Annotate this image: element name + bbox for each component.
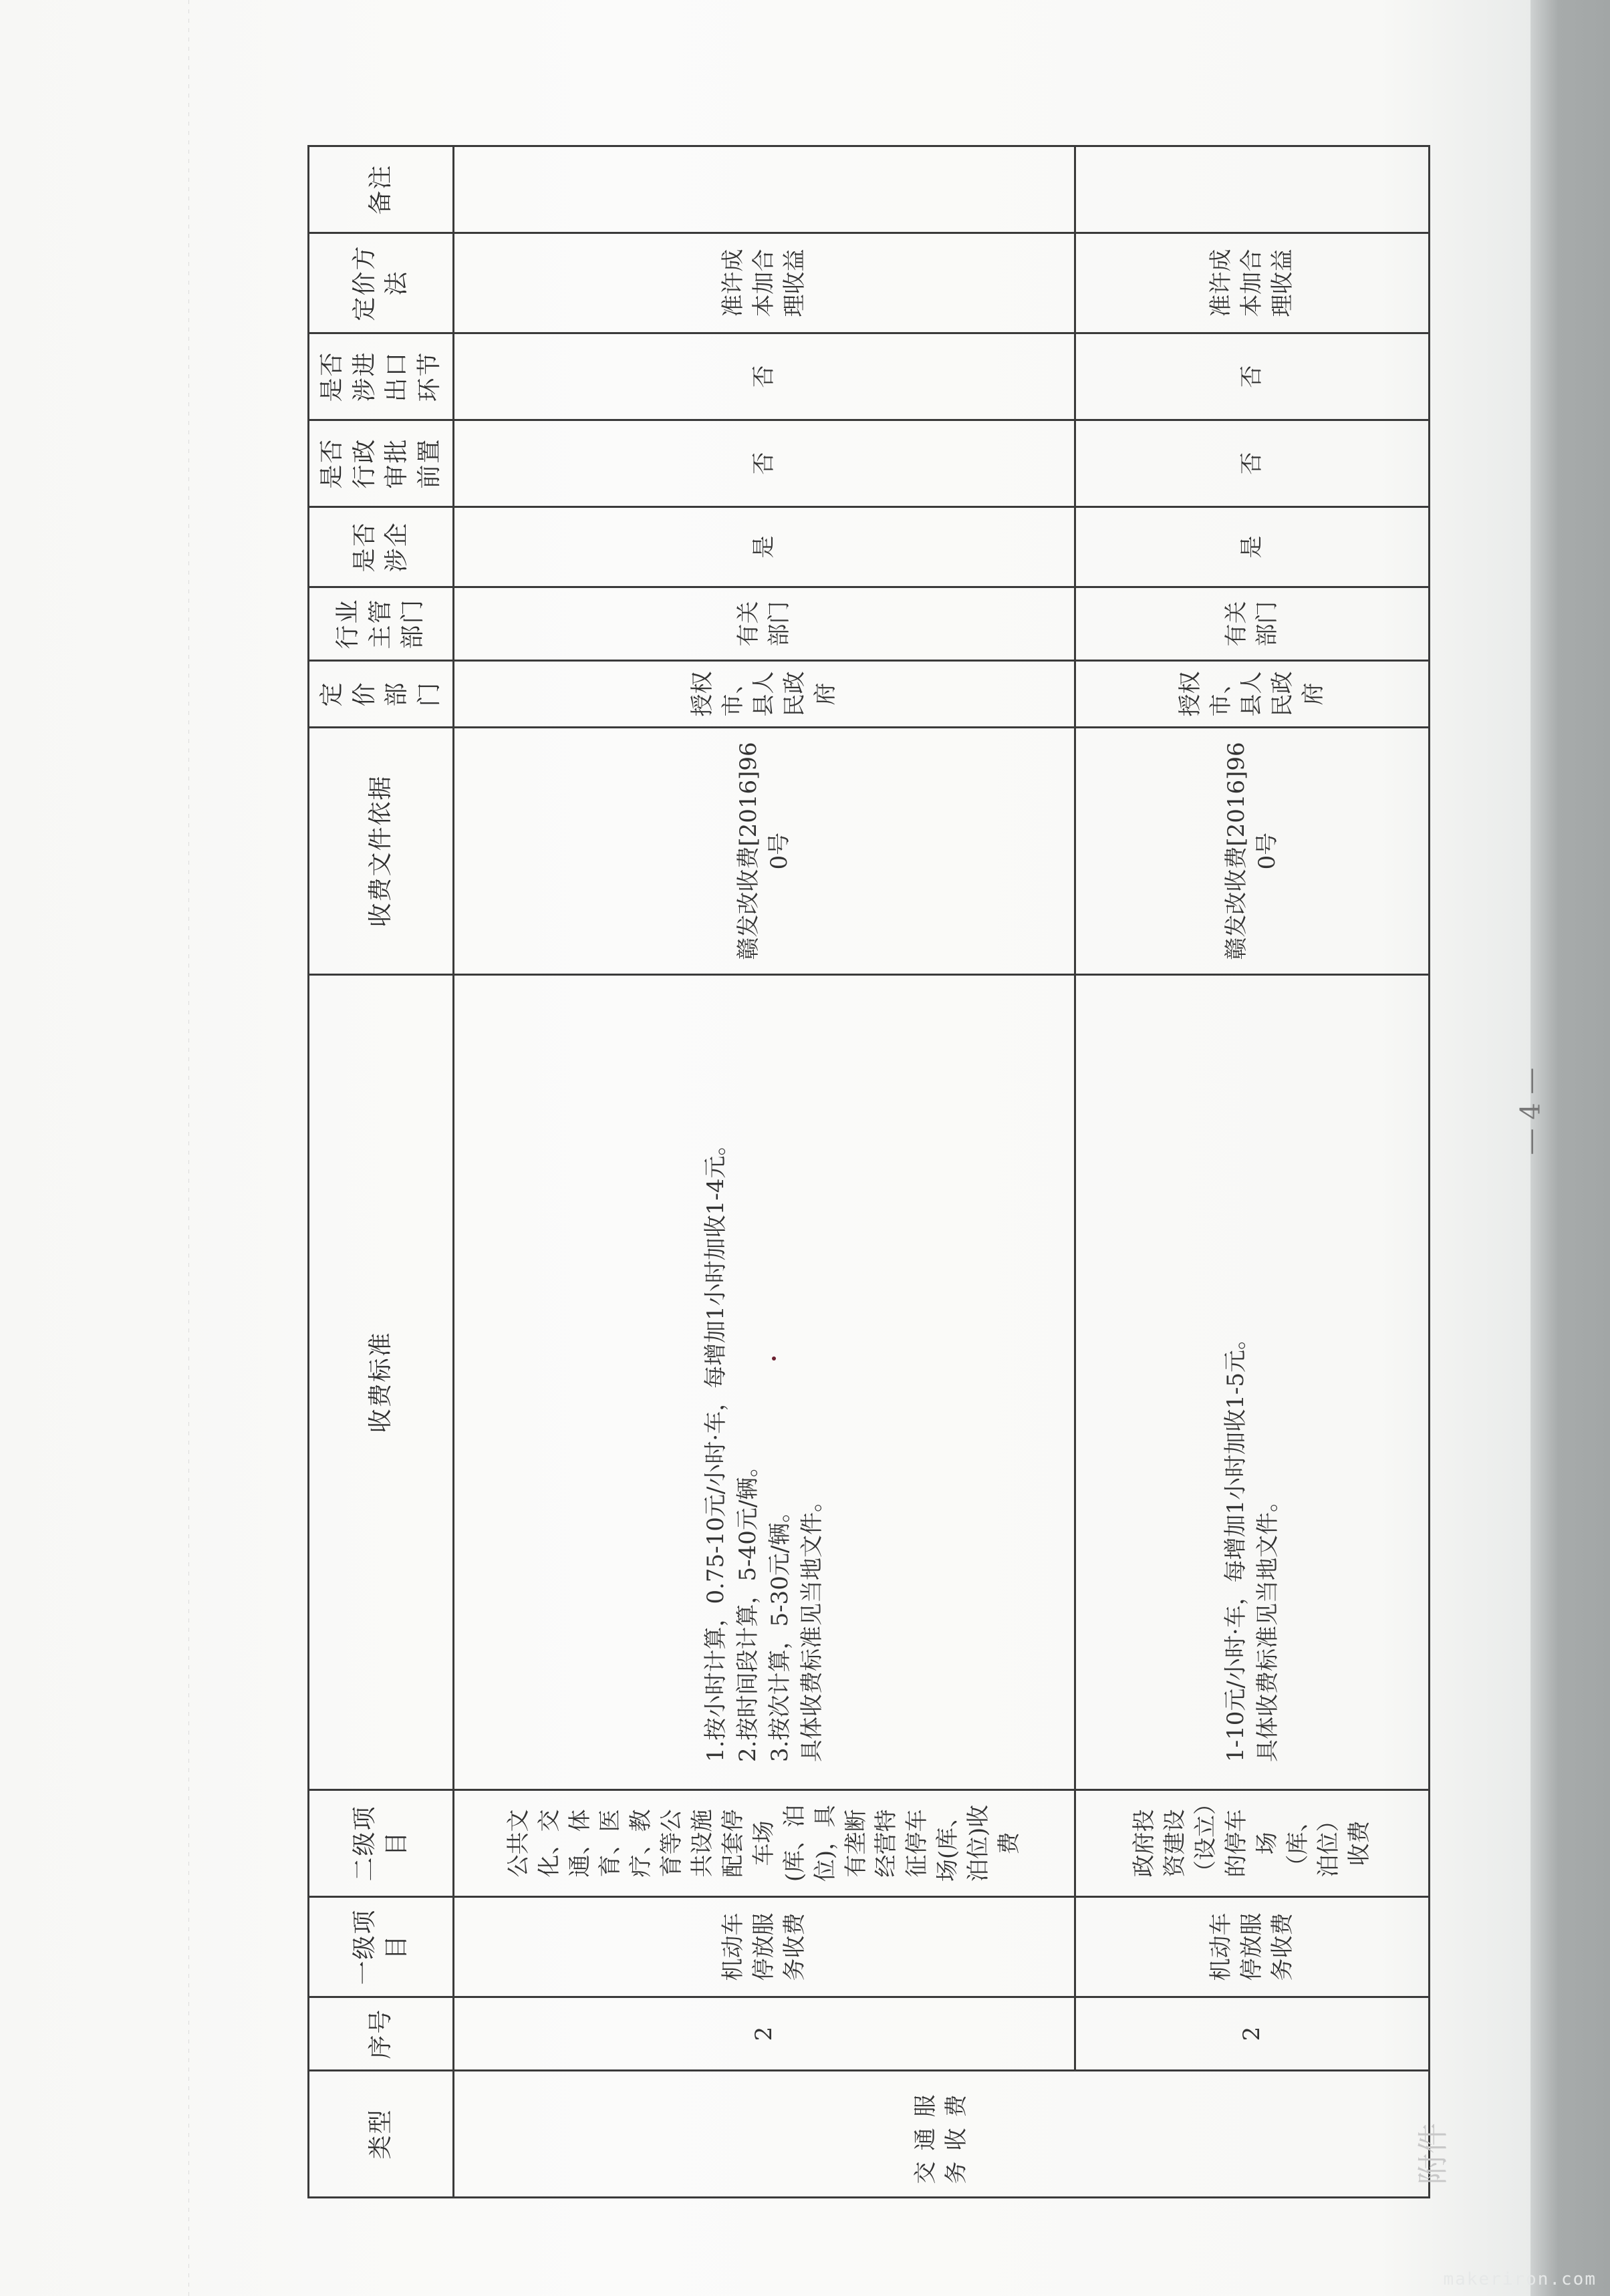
standard-line: 1.按小时计算，0.75-10元/小时·车，每增加1小时加收1-4元。 (701, 985, 732, 1762)
ink-speck (772, 1356, 776, 1360)
pricing-method-cell: 准许成本加合理收益 (454, 233, 1075, 333)
remarks-cell (454, 146, 1075, 233)
basis-cell: 赣发改收费[2016]960号 (1075, 728, 1430, 975)
watermark: makeriron.com (1444, 2269, 1597, 2289)
level1-cell: 机动车停放服务收费 (1075, 1897, 1430, 1997)
industry-dept-cell: 有关部门 (454, 587, 1075, 661)
standard-cell: 1-10元/小时·车，每增加1小时加收1-5元。 具体收费标准见当地文件。 (1075, 975, 1430, 1790)
standard-cell: 1.按小时计算，0.75-10元/小时·车，每增加1小时加收1-4元。 2.按时… (454, 975, 1075, 1790)
table-row: 交通服务收费 2 机动车停放服务收费 公共文化、交通、体育、医疗、教育等公共设施… (454, 146, 1075, 2198)
page-number: — 4 — (1515, 1068, 1546, 1155)
admin-approval-cell: 否 (1075, 420, 1430, 507)
pricing-method-cell: 准许成本加合理收益 (1075, 233, 1430, 333)
fold-line (188, 0, 189, 2296)
level2-cell: 公共文化、交通、体育、医疗、教育等公共设施配套停车场(库、泊位)，具有垄断经营特… (454, 1790, 1075, 1897)
seq-cell: 2 (454, 1997, 1075, 2071)
header-import-export: 是否涉进出口环节 (309, 333, 454, 420)
header-category: 类型 (309, 2071, 454, 2198)
fee-table: 类型 序号 一级项目 二级项目 收费标准 收费文件依据 定价部门 行业主管部门 … (307, 145, 1430, 2198)
standard-line: 2.按时间段计算，5-40元/辆。 (733, 985, 764, 1762)
header-basis: 收费文件依据 (309, 728, 454, 975)
header-pricing-method: 定价方法 (309, 233, 454, 333)
header-admin-approval: 是否行政审批前置 (309, 420, 454, 507)
pricing-dept-cell: 授权市、县人民政府 (1075, 661, 1430, 728)
basis-cell: 赣发改收费[2016]960号 (454, 728, 1075, 975)
import-export-cell: 否 (1075, 333, 1430, 420)
seq-cell: 2 (1075, 1997, 1430, 2071)
category-cell: 交通服务收费 (454, 2071, 1430, 2198)
header-pricing-dept: 定价部门 (309, 661, 454, 728)
level1-cell: 机动车停放服务收费 (454, 1897, 1075, 1997)
header-row: 类型 序号 一级项目 二级项目 收费标准 收费文件依据 定价部门 行业主管部门 … (309, 146, 454, 2198)
standard-line: 具体收费标准见当地文件。 (797, 985, 828, 1762)
header-level1: 一级项目 (309, 1897, 454, 1997)
header-level2: 二级项目 (309, 1790, 454, 1897)
involves-enterprise-cell: 是 (454, 507, 1075, 587)
remarks-cell (1075, 146, 1430, 233)
standard-line: 3.按次计算，5-30元/辆。 (765, 985, 796, 1762)
involves-enterprise-cell: 是 (1075, 507, 1430, 587)
header-involves-enterprise: 是否涉企 (309, 507, 454, 587)
header-remarks: 备注 (309, 146, 454, 233)
level2-cell: 政府投资建设（设立）的停车场（库、泊位）收费 (1075, 1790, 1430, 1897)
fee-table-rotated: 类型 序号 一级项目 二级项目 收费标准 收费文件依据 定价部门 行业主管部门 … (307, 147, 1410, 2198)
header-industry-dept: 行业主管部门 (309, 587, 454, 661)
table-row: 2 机动车停放服务收费 政府投资建设（设立）的停车场（库、泊位）收费 1-10元… (1075, 146, 1430, 2198)
header-standard: 收费标准 (309, 975, 454, 1790)
industry-dept-cell: 有关部门 (1075, 587, 1430, 661)
standard-line: 1-10元/小时·车，每增加1小时加收1-5元。 (1221, 985, 1252, 1762)
bleed-through-text: 附件 (1409, 2123, 1453, 2184)
admin-approval-cell: 否 (454, 420, 1075, 507)
import-export-cell: 否 (454, 333, 1075, 420)
pricing-dept-cell: 授权市、县人民政府 (454, 661, 1075, 728)
standard-line: 具体收费标准见当地文件。 (1253, 985, 1284, 1762)
header-seq: 序号 (309, 1997, 454, 2071)
